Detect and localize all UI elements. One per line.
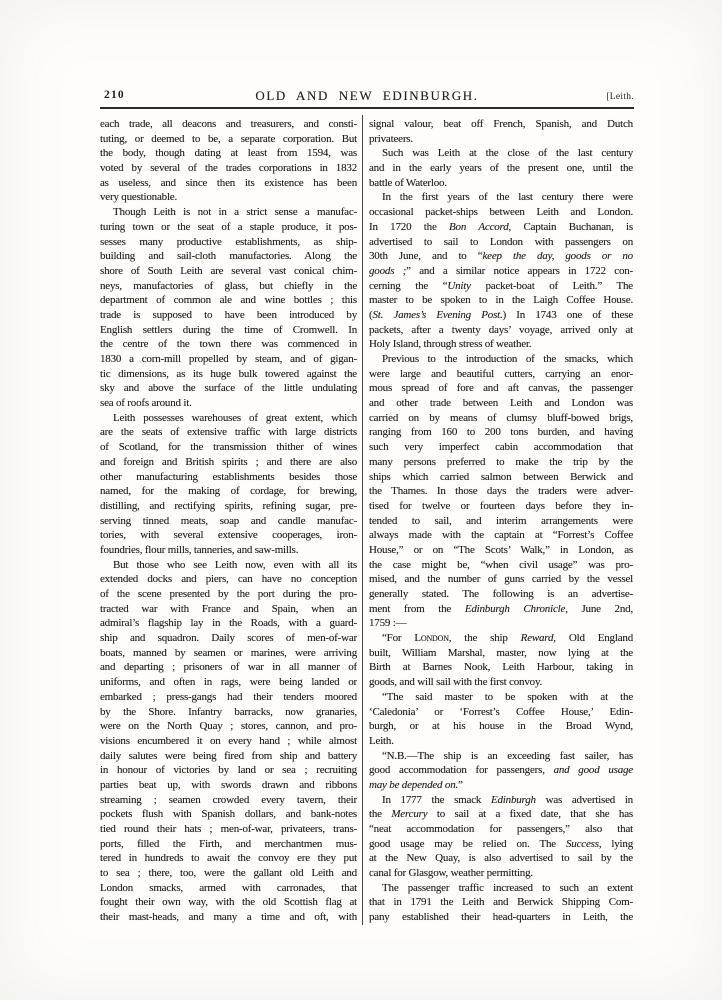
text-line: and in the early years of the present on… <box>369 161 633 176</box>
text-line: distilling, and rectifying spirits, refi… <box>100 499 357 514</box>
text-line: that in 1791 the Leith and Berwick Shipp… <box>369 895 633 910</box>
text-line: tories, with several extensive cooperage… <box>100 528 357 543</box>
italic-text: Success <box>566 838 599 850</box>
text-line: Such was Leith at the close of the last … <box>369 146 633 161</box>
text-line: occasional packet-ships between Leith an… <box>369 205 633 220</box>
italic-text: keep the day, goods or no <box>482 250 633 262</box>
text-line: many persons preferred to make the trip … <box>369 455 633 470</box>
text-line: the case might be, “when civil usage” wa… <box>369 558 633 573</box>
text-line: by the Shore. Infantry barracks, now gra… <box>100 705 357 720</box>
text-line: fought their own way, with the old Scott… <box>100 895 357 910</box>
text-line: But those who see Leith now, even with a… <box>100 558 357 573</box>
italic-text: Bon Accord <box>449 221 509 233</box>
text-line: cerning the “Unity packet-boat of Leith.… <box>369 279 633 294</box>
text-line: foundries, flour mills, tanneries, and s… <box>100 543 357 558</box>
text-line: tracted war with France and Spain, when … <box>100 602 357 617</box>
text-line: “For London, the ship Reward, Old Englan… <box>369 631 633 646</box>
italic-text: may be depended on. <box>369 779 458 791</box>
text-line: trade is supposed to have been introduce… <box>100 308 357 323</box>
italic-text: St. James’s Evening Post. <box>372 309 502 321</box>
text-line: Previous to the introduction of the smac… <box>369 352 633 367</box>
text-line: may be depended on.” <box>369 778 633 793</box>
text-line: burgh, or at his house in the Broad Wynd… <box>369 719 633 734</box>
text-line: Leith. <box>369 734 633 749</box>
text-line: neys, manufactories of glass, but chiefl… <box>100 279 357 294</box>
italic-text: Unity <box>447 280 470 292</box>
text-line: streaming ; seamen crowded every tavern,… <box>100 793 357 808</box>
text-line: (St. James’s Evening Post.) In 1743 one … <box>369 308 633 323</box>
italic-text: Reward <box>521 632 554 644</box>
text-line: the centre of the town there was commenc… <box>100 337 357 352</box>
header-rule <box>100 107 634 109</box>
text-line: London smacks, armed with carronades, th… <box>100 881 357 896</box>
text-line: tised for twelve or fourteen days before… <box>369 499 633 514</box>
text-line: the Thames. In those days the traders we… <box>369 484 633 499</box>
text-line: and departing ; prisoners of war in all … <box>100 660 357 675</box>
text-line: signal valour, beat off French, Spanish,… <box>369 117 633 132</box>
text-line: were large and beautiful cutters, carryi… <box>369 367 633 382</box>
text-line: tered in hundreds to await the convoy er… <box>100 851 357 866</box>
text-line: and foreign and British spirits ; and th… <box>100 455 357 470</box>
text-line: master to be spoken to in the Laigh Coff… <box>369 293 633 308</box>
text-line: extended docks and piers, can have no co… <box>100 572 357 587</box>
text-line: tuting, or deemed to be, a separate corp… <box>100 132 357 147</box>
text-line: uniforms, and often in rags, were being … <box>100 675 357 690</box>
text-line: shore of South Leith are several vast co… <box>100 264 357 279</box>
text-line: daily salutes were being fired from ship… <box>100 749 357 764</box>
text-line: tic dimensions, as its huge bulk towered… <box>100 367 357 382</box>
italic-text: Edinburgh Chronicle <box>465 603 565 615</box>
text-line: Holy Island, through stress of weather. <box>369 337 633 352</box>
text-line: each trade, all deacons and treasurers, … <box>100 117 357 132</box>
text-line: built, William Marshal, master, now lyin… <box>369 646 633 661</box>
left-column: each trade, all deacons and treasurers, … <box>100 117 357 929</box>
text-line: mised, and the number of guns carried by… <box>369 572 633 587</box>
book-page: 210 OLD AND NEW EDINBURGH. [Leith. each … <box>0 0 722 1000</box>
text-line: House,” or on “The Scots’ Walk,” in Lond… <box>369 543 633 558</box>
text-line: pockets flush with Spanish dollars, and … <box>100 807 357 822</box>
text-line: good usage may be relied on. The Success… <box>369 837 633 852</box>
text-line: their mast-heads, and many a time and of… <box>100 910 357 925</box>
text-line: department of common ale and wine bottle… <box>100 293 357 308</box>
text-line: pany established their head-quarters in … <box>369 910 633 925</box>
text-line: ment from the Edinburgh Chronicle, June … <box>369 602 633 617</box>
text-line: 1830 a corn-mill propelled by steam, and… <box>100 352 357 367</box>
text-line: In the first years of the last century t… <box>369 190 633 205</box>
text-line: are the seats of extensive traffic with … <box>100 425 357 440</box>
text-line: tended to sail, and interim arrangements… <box>369 514 633 529</box>
text-line: 30th June, and to “keep the day, goods o… <box>369 249 633 264</box>
text-line: canal for Glasgow, weather permitting. <box>369 866 633 881</box>
running-title: OLD AND NEW EDINBURGH. <box>100 88 634 104</box>
right-column: signal valour, beat off French, Spanish,… <box>369 117 633 929</box>
text-line: English settlers during the time of Crom… <box>100 323 357 338</box>
italic-text: Mercury <box>391 808 427 820</box>
text-line: voted by several of the trades corporati… <box>100 161 357 176</box>
text-line: at the New Quay, is also advertised to s… <box>369 851 633 866</box>
text-line: privateers. <box>369 132 633 147</box>
text-line: in honour of victories by land or sea ; … <box>100 763 357 778</box>
text-line: such very imperfect cabin accommodation … <box>369 440 633 455</box>
text-line: carried on by means of clumsy bluff-bowe… <box>369 411 633 426</box>
text-line: embarked ; press-gangs had their tenders… <box>100 690 357 705</box>
text-line: ‘Caledonia’ or ‘Forrest’s Coffee House,’… <box>369 705 633 720</box>
text-line: battle of Waterloo. <box>369 176 633 191</box>
text-line: turing town or the seat of a staple prod… <box>100 220 357 235</box>
text-line: “neat accommodation for passengers,” als… <box>369 822 633 837</box>
text-line: were on the North Quay ; stores, cannon,… <box>100 719 357 734</box>
text-line: serving tinned meats, soap and candle ma… <box>100 514 357 529</box>
text-line: visions encumbered it on every hand ; wh… <box>100 734 357 749</box>
text-line: 1759 :— <box>369 616 633 631</box>
margin-note: [Leith. <box>606 92 634 102</box>
text-line: Leith possesses warehouses of great exte… <box>100 411 357 426</box>
text-line: tied round their hats ; men-of-war, priv… <box>100 822 357 837</box>
text-line: to sea ; there, too, were the gallant ol… <box>100 866 357 881</box>
text-line: and other trade between Leith and London… <box>369 396 633 411</box>
text-line: building and sail-cloth manufactories. A… <box>100 249 357 264</box>
small-caps-text: London <box>414 632 448 644</box>
text-line: as useless, and since then its existence… <box>100 176 357 191</box>
text-line: named, for the making of cordage, for br… <box>100 484 357 499</box>
text-line: “N.B.—The ship is an exceeding fast sail… <box>369 749 633 764</box>
text-line: sesses many productive establishments, a… <box>100 235 357 250</box>
text-line: ports, filled the Firth, and merchantmen… <box>100 837 357 852</box>
text-line: In 1720 the Bon Accord, Captain Buchanan… <box>369 220 633 235</box>
italic-text: Edinburgh <box>491 794 536 806</box>
text-line: goods ;” and a similar notice appears in… <box>369 264 633 279</box>
text-line: of Scotland, for the transmission thithe… <box>100 440 357 455</box>
text-line: advertised to sail to London with passen… <box>369 235 633 250</box>
text-line: very questionable. <box>100 190 357 205</box>
text-line: of the scene presented by the port durin… <box>100 587 357 602</box>
text-line: packets, after a twenty days’ voyage, ar… <box>369 323 633 338</box>
text-line: ranging from 160 to 200 tons burden, and… <box>369 425 633 440</box>
text-line: boats, manned by seamen or marines, were… <box>100 646 357 661</box>
text-line: good accommodation for passengers, and g… <box>369 763 633 778</box>
column-divider <box>362 115 363 925</box>
italic-text: and good usage <box>554 764 633 776</box>
text-line: In 1777 the smack Edinburgh was advertis… <box>369 793 633 808</box>
text-line: The passenger traffic increased to such … <box>369 881 633 896</box>
text-line: “The said master to be spoken with at th… <box>369 690 633 705</box>
text-line: always made with the captain at “Forrest… <box>369 528 633 543</box>
running-head: 210 OLD AND NEW EDINBURGH. [Leith. <box>100 88 634 104</box>
text-line: other manufacturing establishments besid… <box>100 470 357 485</box>
text-line: mous spread of fore and aft canvas, the … <box>369 381 633 396</box>
text-line: the Mercury to sail at a fixed date, tha… <box>369 807 633 822</box>
italic-text: goods ; <box>369 265 406 277</box>
text-line: Though Leith is not in a strict sense a … <box>100 205 357 220</box>
text-line: the body, though dating at least from 15… <box>100 146 357 161</box>
text-line: sky and above the surface of the little … <box>100 381 357 396</box>
text-line: generally stated. The following is an ad… <box>369 587 633 602</box>
text-line: sea of roofs around it. <box>100 396 357 411</box>
text-line: admiral’s flagship lay in the Roads, wit… <box>100 616 357 631</box>
text-line: ship and squadron. Daily scores of men-o… <box>100 631 357 646</box>
text-line: goods, and will sail with the first conv… <box>369 675 633 690</box>
text-line: parties beat up, with swords drawn and r… <box>100 778 357 793</box>
text-line: ships which carried salmon between Berwi… <box>369 470 633 485</box>
text-line: Birth at Barnes Nook, Leith Harbour, tak… <box>369 660 633 675</box>
